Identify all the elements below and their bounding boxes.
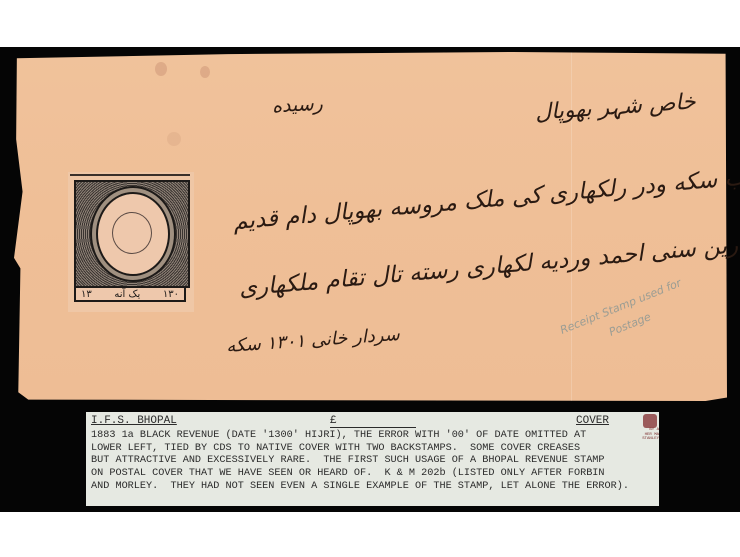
description-line: AND MORLEY. THEY HAD NOT SEEN EVEN A SIN…: [91, 481, 657, 494]
description-line: BUT ATTRACTIVE AND EXCESSIVELY RARE. THE…: [91, 455, 657, 468]
auction-house-seal: BY A HER MA STANLEY: [641, 414, 659, 454]
seal-text: BY A HER MA STANLEY: [641, 428, 659, 442]
cover-stain: [200, 66, 210, 78]
label-country: I.F.S. BHOPAL: [91, 415, 177, 427]
description-line: 1883 1a BLACK REVENUE (DATE '1300' HIJRI…: [91, 430, 657, 443]
crest-icon: [643, 414, 657, 428]
stamp-medallion: [96, 192, 170, 276]
stamp-date: ۱۳۰: [163, 289, 179, 300]
stamp-denomination: ۱۳: [81, 289, 92, 300]
revenue-stamp: ۱۳ یک آنه ۱۳۰: [68, 172, 194, 312]
stamp-value-text: یک آنه: [114, 289, 140, 300]
cover-stain: [167, 132, 181, 146]
label-category: COVER: [576, 415, 609, 427]
handwritten-received-note: رسیده: [271, 93, 323, 118]
stamp-perforation-line: [70, 174, 190, 176]
label-currency: £: [330, 415, 416, 428]
label-description: 1883 1a BLACK REVENUE (DATE '1300' HIJRI…: [91, 430, 657, 494]
cover-stain: [155, 62, 167, 76]
description-line: ON POSTAL COVER THAT WE HAVE SEEN OR HEA…: [91, 468, 657, 481]
cancellation-postmark-icon: [112, 212, 152, 254]
stamp-engraved-frame: [74, 180, 190, 288]
auction-description-label: I.F.S. BHOPAL £ COVER 1883 1a BLACK REVE…: [86, 412, 659, 506]
description-line: LOWER LEFT, TIED BY CDS TO NATIVE COVER …: [91, 443, 657, 456]
stamp-value-tablet: ۱۳ یک آنه ۱۳۰: [74, 286, 186, 302]
